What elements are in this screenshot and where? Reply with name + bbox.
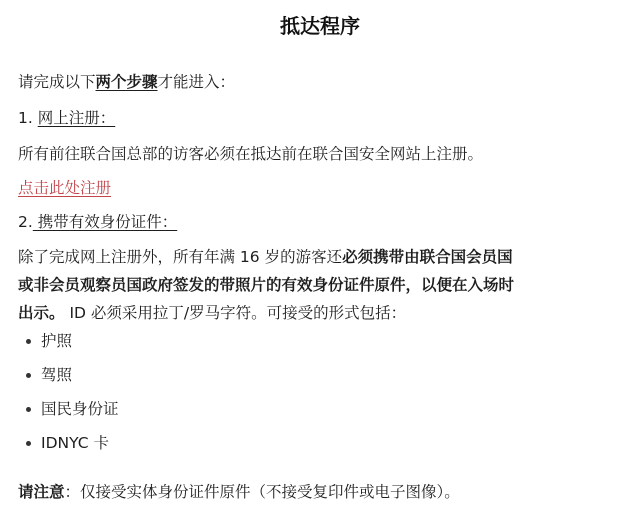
list-item-label: 护照	[41, 330, 72, 352]
bullet-icon	[26, 373, 31, 378]
bullet-icon	[26, 441, 31, 446]
list-item: 国民身份证	[22, 398, 119, 432]
intro-prefix: 请完成以下	[18, 73, 96, 91]
intro-text: 请完成以下两个步骤才能进入：	[18, 71, 235, 93]
register-link[interactable]: 点击此处注册	[18, 179, 111, 197]
accepted-id-list: 护照 驾照 国民身份证 IDNYC 卡	[22, 330, 119, 466]
intro-suffix: 才能进入：	[158, 73, 236, 91]
step2-para-line3: 出示。 ID 必须采用拉丁/罗马字符。可接受的形式包括：	[18, 302, 406, 324]
step2-para-normal-end: ID 必须采用拉丁/罗马字符。可接受的形式包括：	[65, 304, 407, 322]
list-item: IDNYC 卡	[22, 432, 119, 466]
register-link-line: 点击此处注册	[18, 177, 111, 199]
intro-emphasis: 两个步骤	[96, 73, 158, 91]
step2-para-line2: 或非会员观察员国政府签发的带照片的有效身份证件原件，以便在入场时	[18, 274, 514, 296]
step2-para-line1: 除了完成网上注册外，所有年满 16 岁的游客还必须携带由联合国会员国	[18, 246, 513, 268]
bullet-icon	[26, 339, 31, 344]
note-text: ：仅接受实体身份证件原件（不接受复印件或电子图像）。	[65, 483, 460, 501]
arrival-procedure-page: 抵达程序 请完成以下两个步骤才能进入： 1. 网上注册： 所有前往联合国总部的访…	[0, 0, 640, 508]
note: 请注意：仅接受实体身份证件原件（不接受复印件或电子图像）。	[18, 481, 460, 503]
step2-heading: 2. 携带有效身份证件：	[18, 211, 177, 233]
list-item-label: 驾照	[41, 364, 72, 386]
step1-description: 所有前往联合国总部的访客必须在抵达前在联合国安全网站上注册。	[18, 143, 483, 165]
step2-number: 2.	[18, 213, 33, 231]
step1-number: 1.	[18, 109, 38, 127]
step1-heading: 1. 网上注册：	[18, 107, 115, 129]
step2-para-normal: 除了完成网上注册外，所有年满 16 岁的游客还	[18, 248, 342, 266]
list-item: 护照	[22, 330, 119, 364]
step2-heading-text: 携带有效身份证件：	[33, 213, 177, 231]
step2-para-bold-end: 出示。	[18, 304, 65, 322]
list-item: 驾照	[22, 364, 119, 398]
step1-heading-text: 网上注册：	[38, 109, 116, 127]
page-title: 抵达程序	[0, 12, 640, 40]
list-item-label: IDNYC 卡	[41, 432, 109, 454]
step2-para-bold: 必须携带由联合国会员国	[342, 248, 513, 266]
bullet-icon	[26, 407, 31, 412]
note-label: 请注意	[18, 483, 65, 501]
list-item-label: 国民身份证	[41, 398, 119, 420]
